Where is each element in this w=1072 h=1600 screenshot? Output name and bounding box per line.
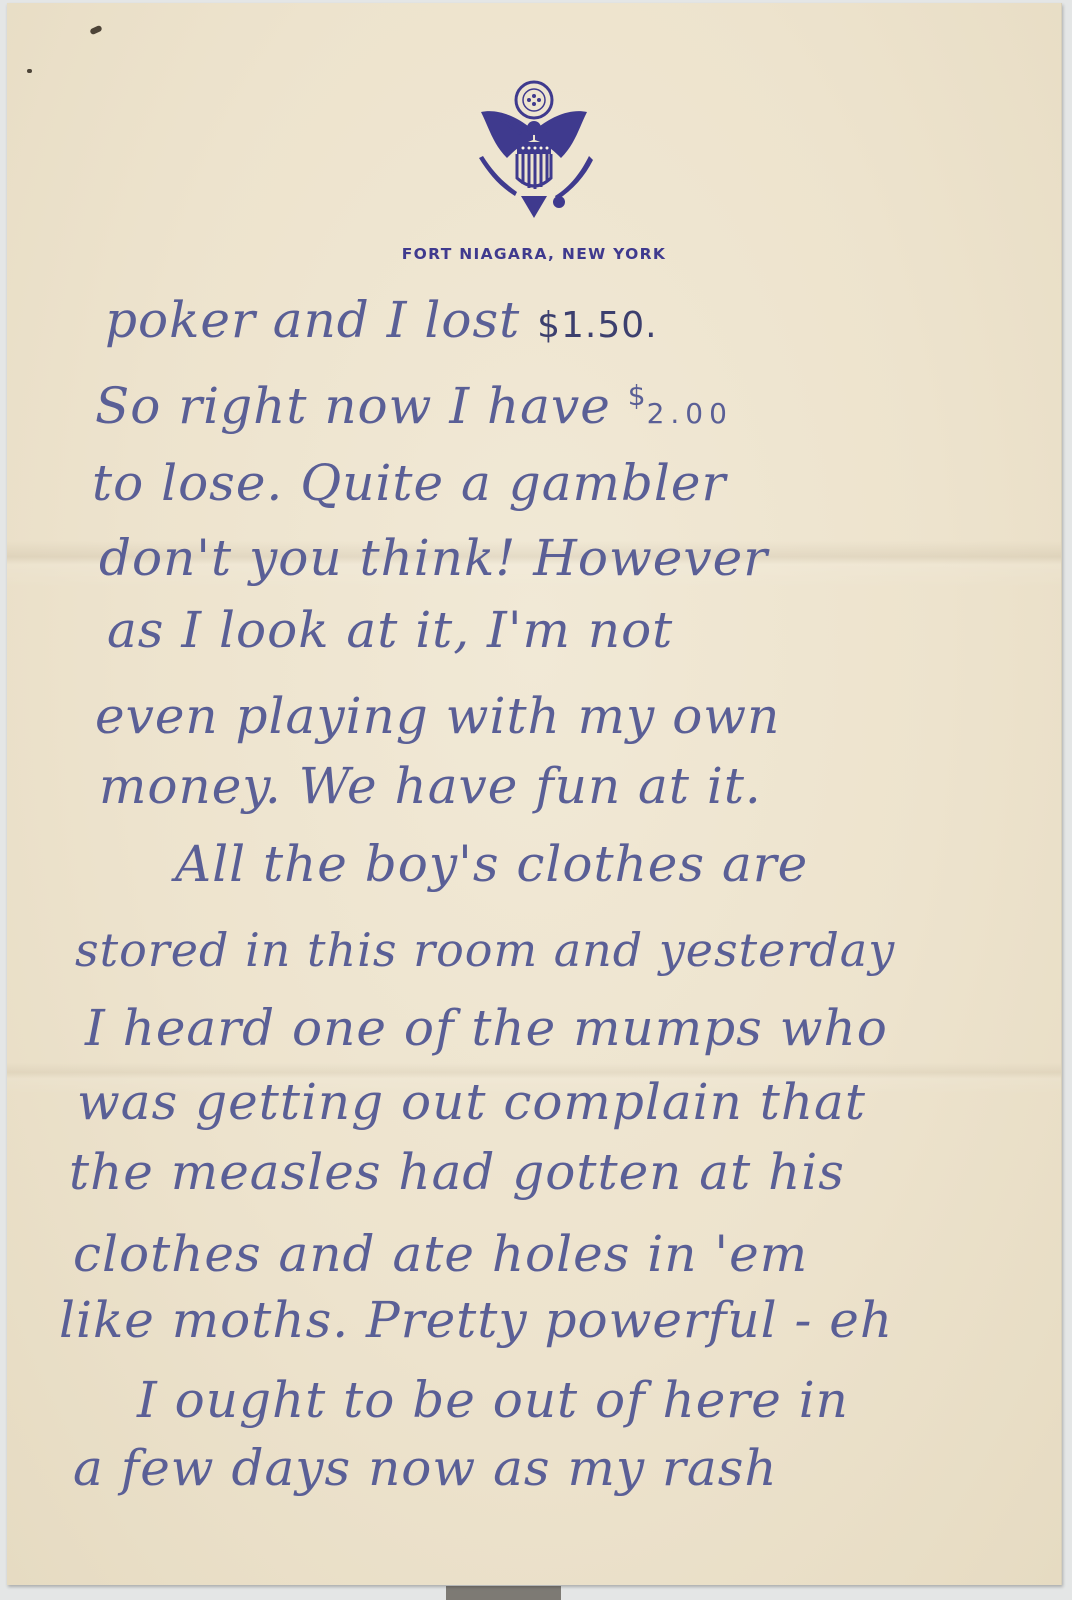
letter-line: money. We have fun at it.: [99, 761, 762, 811]
amount-lost: $1.50.: [537, 305, 658, 346]
scanner-backing-tab: [446, 1586, 561, 1600]
ink-smudge: [89, 25, 102, 36]
letter-line: even playing with my own: [95, 691, 780, 741]
letter-line: stored in this room and yesterday: [75, 927, 895, 973]
letter-line: was getting out complain that: [77, 1077, 866, 1127]
letter-line: a few days now as my rash: [73, 1443, 778, 1493]
letter-line: poker and I lost $1.50.: [105, 295, 658, 345]
letter-line: as I look at it, I'm not: [107, 605, 673, 655]
letter-line: I heard one of the mumps who: [85, 1003, 888, 1053]
letter-line: So right now I have $2.00: [95, 381, 733, 431]
great-seal-eagle-icon: [459, 78, 609, 228]
letter-line: clothes and ate holes in 'em: [73, 1229, 808, 1279]
letterhead: [7, 78, 1061, 232]
letter-line: All the boy's clothes are: [175, 839, 808, 889]
letter-line: I ought to be out of here in: [137, 1375, 849, 1425]
letter-line: like moths. Pretty powerful - eh: [59, 1295, 893, 1345]
letter-line: to lose. Quite a gambler: [92, 458, 726, 508]
letter-page: FORT NIAGARA, NEW YORK poker and I lost …: [7, 3, 1062, 1585]
letter-line: don't you think! However: [99, 533, 768, 583]
letter-line: the measles had gotten at his: [69, 1147, 845, 1197]
amount-remaining: 2.00: [647, 397, 733, 430]
letterhead-location: FORT NIAGARA, NEW YORK: [7, 245, 1061, 263]
ink-speck: [27, 69, 32, 73]
